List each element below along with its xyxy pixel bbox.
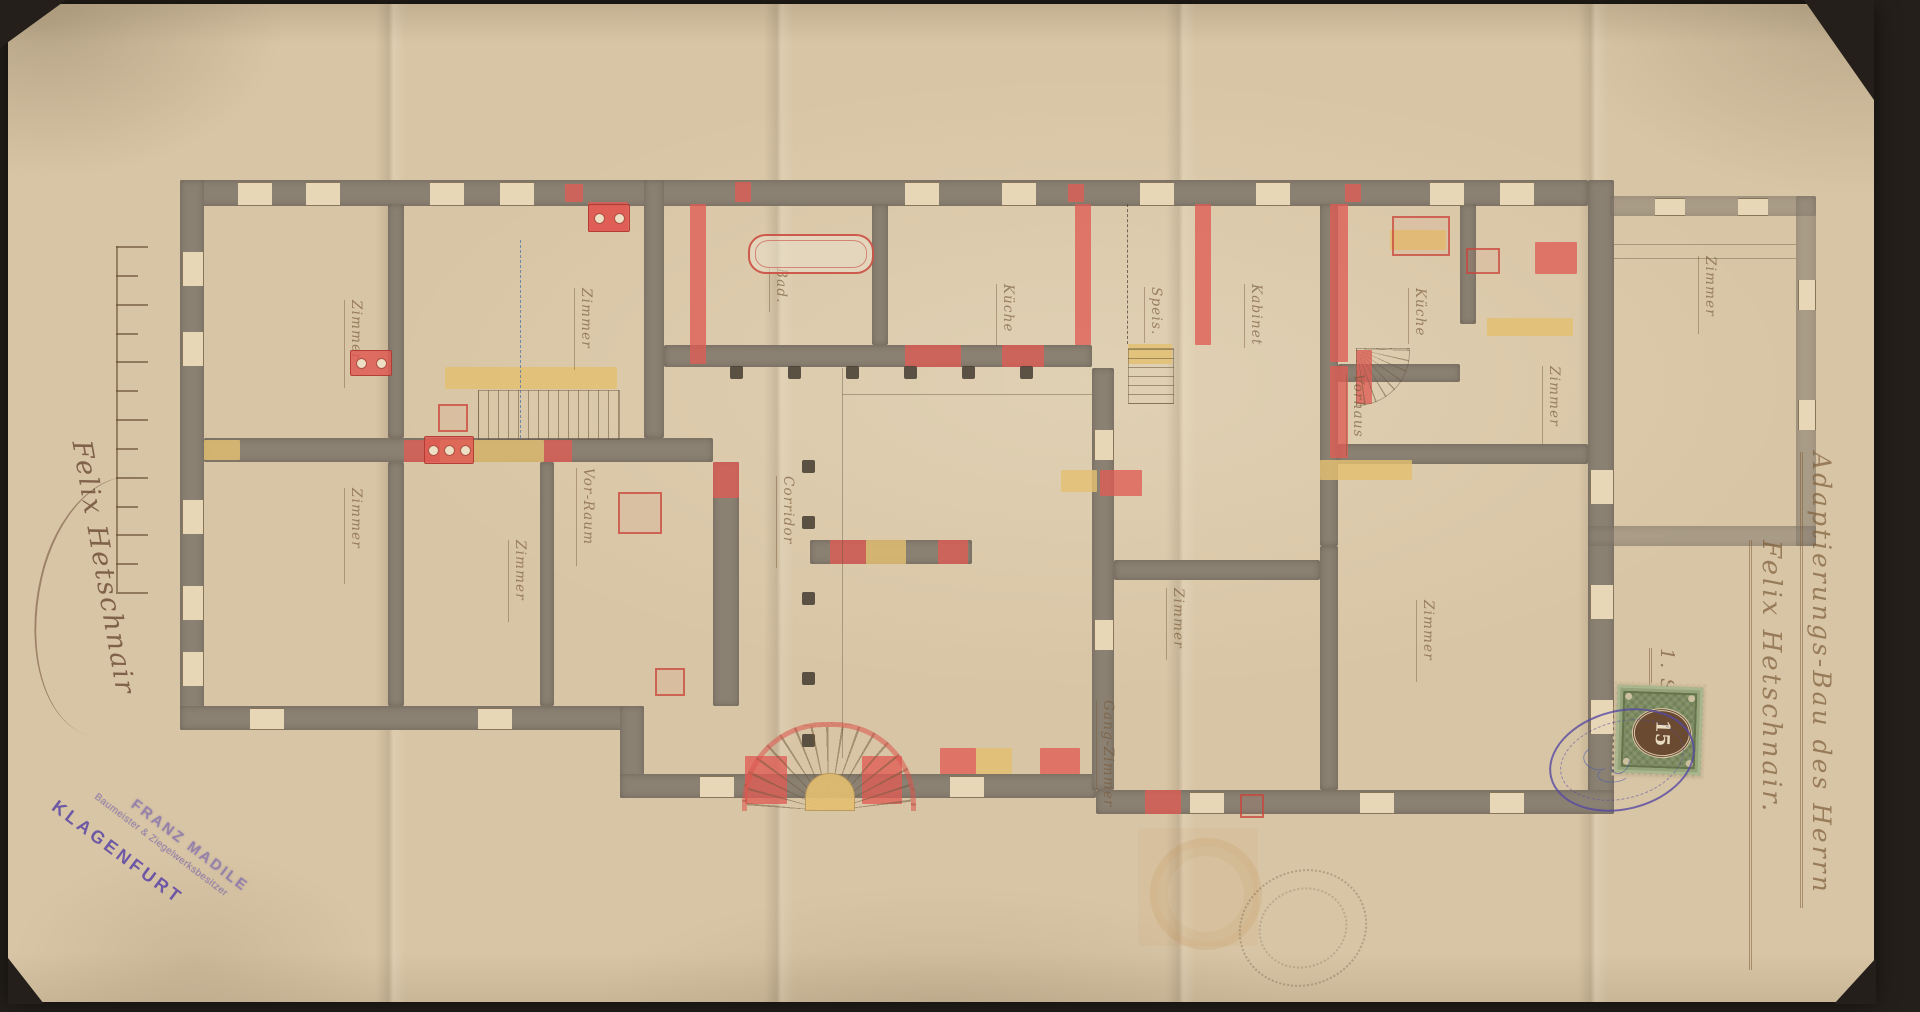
alteration-patch xyxy=(866,540,906,564)
courtyard-pillar xyxy=(1020,366,1033,379)
window-opening xyxy=(1500,182,1534,206)
new-masonry-patch xyxy=(1002,345,1044,367)
window-opening xyxy=(430,182,464,206)
wc-fixture xyxy=(588,204,630,232)
title-line-2: Felix Hetschnair. xyxy=(1749,540,1786,970)
room-label-speis: Speis. xyxy=(1144,287,1164,343)
window-opening xyxy=(950,776,984,798)
alteration-patch xyxy=(1320,460,1412,480)
alteration-patch xyxy=(1061,470,1097,492)
construction-line xyxy=(1127,204,1128,344)
window-opening xyxy=(1360,792,1394,814)
room-label-zimmer-3: Zimmer xyxy=(344,488,364,584)
window-opening xyxy=(1590,585,1614,619)
new-masonry-patch xyxy=(1068,184,1084,202)
window-opening xyxy=(182,332,204,366)
stamp-corner-dot xyxy=(1688,695,1695,702)
scale-tick xyxy=(116,534,148,536)
scale-tick xyxy=(116,448,138,450)
window-opening xyxy=(1430,182,1464,206)
scale-tick xyxy=(116,361,148,363)
construction-line xyxy=(842,394,1092,395)
new-masonry-patch xyxy=(1145,790,1181,814)
scale-tick xyxy=(116,592,148,594)
stove-burner xyxy=(460,445,471,456)
planned-fixture-outline xyxy=(1392,216,1450,256)
wall-segment xyxy=(872,204,888,345)
window-opening xyxy=(1738,198,1768,216)
new-masonry-patch xyxy=(905,345,961,367)
new-masonry-patch xyxy=(1535,242,1577,274)
planned-fixture-outline xyxy=(438,404,468,432)
window-opening xyxy=(1655,198,1685,216)
title-line-1: Adaptierungs-Bau des Herrn xyxy=(1800,452,1836,908)
window-opening xyxy=(905,182,939,206)
stamp-ink-mark xyxy=(1597,765,1630,783)
stamp-corner-dot xyxy=(1625,693,1632,700)
courtyard-pillar xyxy=(802,672,815,685)
stove-burner xyxy=(444,445,455,456)
alteration-patch xyxy=(976,748,1012,774)
window-opening xyxy=(182,586,204,620)
wc-basin xyxy=(614,213,625,224)
courtyard-pillar xyxy=(802,460,815,473)
courtyard-pillar xyxy=(730,366,743,379)
construction-line xyxy=(842,368,843,758)
courtyard-pillar xyxy=(802,516,815,529)
window-opening xyxy=(1490,792,1524,814)
window-opening xyxy=(500,182,534,206)
new-masonry-patch xyxy=(1040,748,1080,774)
wall-segment xyxy=(540,462,554,706)
scale-tick xyxy=(116,246,148,248)
room-label-zimmer-4: Zimmer xyxy=(508,540,528,622)
window-opening xyxy=(1094,620,1114,650)
wall-segment xyxy=(1610,196,1816,216)
stove-burner xyxy=(356,358,367,369)
room-label-kueche-1: Küche xyxy=(996,284,1016,346)
room-label-kueche-2: Küche xyxy=(1408,288,1428,344)
bathtub-fixture xyxy=(748,234,874,274)
side-staircase xyxy=(1128,348,1174,404)
window-opening xyxy=(1798,400,1816,430)
construction-line xyxy=(1614,244,1796,245)
courtyard-pillar xyxy=(962,366,975,379)
scale-tick xyxy=(116,304,148,306)
planned-fixture-outline xyxy=(1240,794,1264,818)
planned-fixture-outline xyxy=(618,492,662,534)
room-label-zimmer-6: Zimmer xyxy=(1416,600,1436,682)
stair-newel-core xyxy=(805,773,855,811)
wall-segment xyxy=(388,204,404,438)
window-opening xyxy=(1002,182,1036,206)
alteration-patch xyxy=(204,440,240,460)
window-opening xyxy=(250,708,284,730)
wall-segment xyxy=(180,180,1588,206)
window-opening xyxy=(238,182,272,206)
stove-fixture xyxy=(424,436,474,464)
courtyard-pillar xyxy=(904,366,917,379)
new-masonry-patch xyxy=(1345,184,1361,202)
scale-tick xyxy=(116,333,138,335)
new-masonry-patch xyxy=(938,540,968,564)
window-opening xyxy=(182,500,204,534)
new-masonry-patch xyxy=(830,540,866,564)
window-opening xyxy=(306,182,340,206)
planned-fixture-outline xyxy=(655,668,685,696)
new-masonry-patch xyxy=(1195,204,1211,345)
room-label-gang-zimmer: Gang-Zimmer xyxy=(1096,700,1116,790)
scale-tick xyxy=(116,506,138,508)
window-opening xyxy=(182,652,204,686)
window-opening xyxy=(1256,182,1290,206)
window-opening xyxy=(1094,430,1114,460)
wall-segment xyxy=(388,462,404,706)
wall-segment xyxy=(713,462,739,706)
scale-tick xyxy=(116,563,138,565)
scale-tick xyxy=(116,390,138,392)
room-label-vor-raum: Vor-Raum xyxy=(576,468,596,566)
stove-fixture xyxy=(350,350,392,376)
floor-plan-drawing: ZimmerZimmerZimmerZimmerVor-RaumCorridor… xyxy=(0,0,1920,1012)
new-masonry-patch xyxy=(713,462,739,498)
alteration-patch xyxy=(1487,318,1573,336)
new-masonry-patch xyxy=(1075,204,1091,345)
room-label-zimmer-2: Zimmer xyxy=(574,288,594,370)
courtyard-pillar xyxy=(802,592,815,605)
wc-basin xyxy=(594,213,605,224)
new-masonry-patch xyxy=(1100,470,1142,496)
new-masonry-patch xyxy=(940,748,976,774)
room-label-zimmer-8: Zimmer xyxy=(1698,256,1718,334)
new-masonry-patch xyxy=(735,182,751,202)
main-staircase xyxy=(478,390,620,440)
window-opening xyxy=(182,252,204,286)
scale-tick xyxy=(116,275,138,277)
courtyard-pillar xyxy=(788,366,801,379)
new-masonry-patch xyxy=(1330,204,1348,362)
window-opening xyxy=(1140,182,1174,206)
window-opening xyxy=(1190,792,1224,814)
wall-segment xyxy=(1320,546,1338,790)
window-opening xyxy=(700,776,734,798)
window-opening xyxy=(1590,470,1614,504)
planned-fixture-outline xyxy=(1466,248,1500,274)
new-masonry-patch xyxy=(544,440,572,462)
window-opening xyxy=(478,708,512,730)
window-opening xyxy=(1798,280,1816,310)
room-label-bad: Bad. xyxy=(769,268,789,312)
wall-segment xyxy=(1114,560,1320,580)
scale-tick xyxy=(116,477,148,479)
wall-segment xyxy=(644,180,664,438)
courtyard-pillar xyxy=(846,366,859,379)
scanned-floor-plan-sheet: ZimmerZimmerZimmerZimmerVor-RaumCorridor… xyxy=(0,0,1920,1012)
room-label-kabinet: Kabinet xyxy=(1244,284,1264,348)
new-masonry-patch xyxy=(565,184,583,202)
alteration-patch xyxy=(445,367,617,389)
room-label-corridor: Corridor xyxy=(776,476,796,568)
scale-tick xyxy=(116,419,148,421)
room-label-zimmer-5: Zimmer xyxy=(1542,366,1562,444)
stove-burner xyxy=(428,445,439,456)
new-masonry-patch xyxy=(690,204,706,364)
stove-burner xyxy=(376,358,387,369)
room-label-zimmer-7: Zimmer xyxy=(1166,588,1186,660)
